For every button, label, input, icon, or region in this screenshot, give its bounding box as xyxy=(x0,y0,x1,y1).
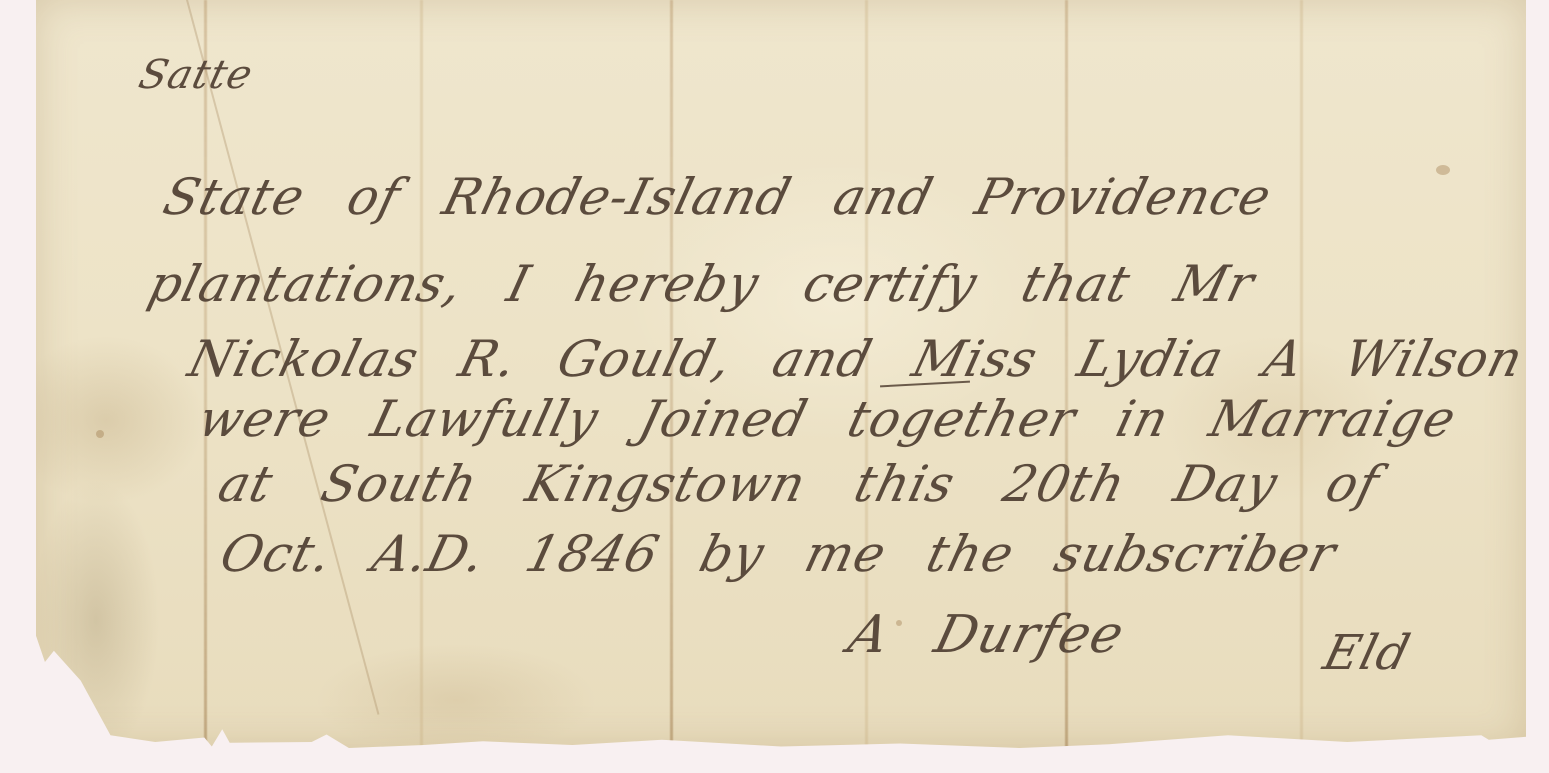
text-line-2: plantations, I hereby certify that Mr xyxy=(143,255,1261,313)
stain-spot xyxy=(1436,165,1450,175)
header-notation: Satte xyxy=(134,52,258,98)
text-line-4: were Lawfully Joined together in Marraig… xyxy=(193,390,1462,448)
text-line-6: Oct. A.D. 1846 by me the subscriber xyxy=(215,525,1342,583)
signature-title: Eld xyxy=(1318,625,1416,681)
text-line-1: State of Rhode-Island and Providence xyxy=(158,168,1278,226)
text-line-3: Nickolas R. Gould, and Miss Lydia A Wils… xyxy=(183,330,1529,388)
scanned-document: Satte State of Rhode-Island and Providen… xyxy=(0,0,1549,773)
text-line-5: at South Kingstown this 20th Day of xyxy=(213,455,1386,513)
signature-name: A Durfee xyxy=(843,605,1131,665)
stain-spot xyxy=(96,430,104,438)
